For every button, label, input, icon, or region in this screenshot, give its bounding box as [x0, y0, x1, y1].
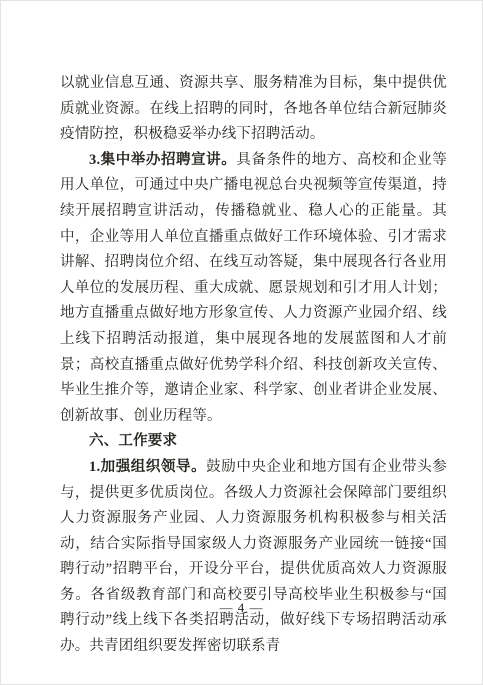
section-heading: 六、工作要求: [60, 429, 447, 455]
body-text: 以就业信息互通、资源共享、服务精准为目标，集中提供优质就业资源。在线上招聘的同时…: [60, 75, 447, 142]
document-body: 以就业信息互通、资源共享、服务精准为目标，集中提供优质就业资源。在线上招聘的同时…: [60, 71, 447, 660]
paragraph: 3.集中举办招聘宣讲。具备条件的地方、高校和企业等用人单位，可通过中央广播电视总…: [60, 148, 447, 430]
page-number: — 4 —: [1, 600, 482, 616]
body-text: 鼓励中央企业和地方国有企业带头参与，提供更多优质岗位。各级人力资源社会保障部门要…: [60, 459, 447, 654]
emphasis-text: 六、工作要求: [89, 433, 177, 449]
emphasis-text: 3.集中举办招聘宣讲。: [89, 152, 236, 168]
document-page: 以就业信息互通、资源共享、服务精准为目标，集中提供优质就业资源。在线上招聘的同时…: [0, 0, 483, 685]
paragraph: 1.加强组织领导。鼓励中央企业和地方国有企业带头参与，提供更多优质岗位。各级人力…: [60, 455, 447, 660]
paragraph: 以就业信息互通、资源共享、服务精准为目标，集中提供优质就业资源。在线上招聘的同时…: [60, 71, 447, 148]
body-text: 具备条件的地方、高校和企业等用人单位，可通过中央广播电视总台央视频等宣传渠道，持…: [60, 152, 447, 424]
emphasis-text: 1.加强组织领导。: [89, 459, 206, 475]
